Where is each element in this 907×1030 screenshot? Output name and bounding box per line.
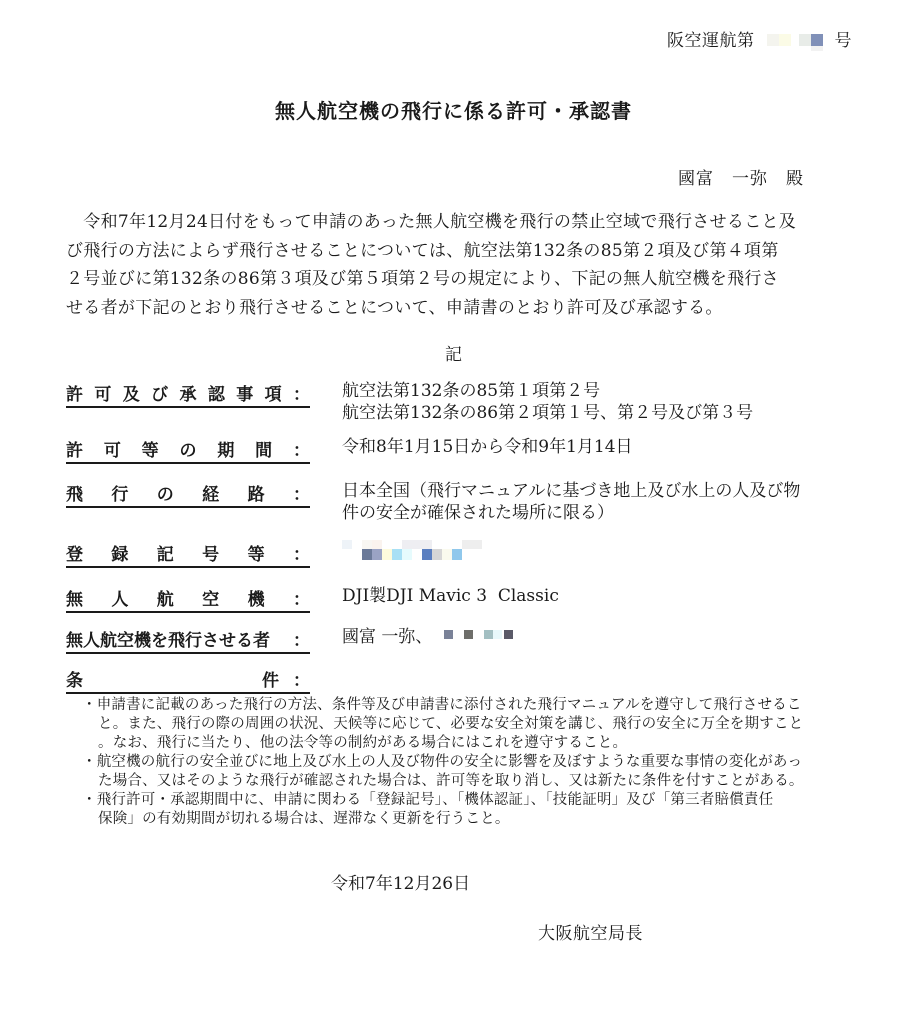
condition-line: ・飛行許可・承認期間中に、申請に関わる「登録記号」、「機体認証」、「技能証明」及… [82,791,804,810]
label-char: 期 [217,436,234,461]
label-registration: 登 録 記 号 等 ： [66,540,310,568]
label-char: 間 [255,436,272,461]
label-char: 記 [157,540,174,565]
label-char: 経 [202,480,219,505]
document-number-suffix: 号 [835,31,853,51]
issue-date: 令和7年12月26日 [331,869,470,894]
label-flight-route: 飛 行 の 経 路 ： [66,480,310,508]
label-char: 無 [66,585,83,610]
label-char: 許 [66,380,83,405]
label-conditions: 条 件 ： [66,666,310,694]
label-pilot: 無人航空機を飛行させる者 ： [66,626,310,654]
label-char: 等 [248,540,265,565]
label-char: ： [293,666,310,691]
value-line: 令和8年1月15日から令和9年1月14日 [342,436,633,458]
value-flight-route: 日本全国（飛行マニュアルに基づき地上及び水上の人及び物 件の安全が確保された場所… [342,480,800,524]
ki-heading: 記 [445,340,462,365]
label-char: 可 [104,436,121,461]
condition-line: 。なお、飛行に当たり、他の法令等の制約がある場合にはこれを遵守すること。 [82,734,804,753]
label-permitted-items: 許 可 及 び 承 認 事 項 ： [66,380,310,408]
value-line: DJI製DJI Mavic 3 Classic [342,585,559,607]
label-char: の [157,480,174,505]
body-line: せる者が下記のとおり飛行させることについて、申請書のとおり許可及び承認する。 [66,294,856,323]
value-aircraft: DJI製DJI Mavic 3 Classic [342,585,559,607]
label-char: 事 [236,380,253,405]
value-permitted-items: 航空法第132条の85第１項第２号 航空法第132条の86第２項第１号、第２号及… [342,380,753,424]
document-number: 阪空運航第 号 [667,26,852,52]
label-char: 及 [123,380,140,405]
label-char: 行 [111,480,128,505]
label-char: ： [293,480,310,505]
label-char: 航 [157,585,174,610]
label-char: 件 [262,666,279,691]
body-line: ２号並びに第132条の86第３項及び第５項第２号の規定により、下記の無人航空機を… [66,265,856,294]
value-line: 航空法第132条の86第２項第１号、第２号及び第３号 [342,402,753,424]
label-char: 承 [180,380,197,405]
addressee-honorific: 殿 [786,169,804,189]
label-char: ： [293,380,310,405]
label-char: 許 [66,436,83,461]
label-char: 項 [265,380,282,405]
label-aircraft: 無 人 航 空 機 ： [66,585,310,613]
label-char: 号 [202,540,219,565]
condition-line: と。また、飛行の際の周囲の状況、天候等に応じて、必要な安全対策を講じ、飛行の安全… [82,715,804,734]
value-line: 日本全国（飛行マニュアルに基づき地上及び水上の人及び物 [342,480,800,502]
condition-line: た場合、又はそのような飛行が確認された場合は、許可等を取り消し、又は新たに条件を… [82,772,804,791]
label-char: 録 [111,540,128,565]
addressee-surname: 國富 [678,169,714,189]
label-char: ： [293,540,310,565]
body-line: 令和7年12月24日付をもって申請のあった無人航空機を飛行の禁止空域で飛行させる… [66,208,856,237]
body-paragraph: 令和7年12月24日付をもって申請のあった無人航空機を飛行の禁止空域で飛行させる… [66,208,856,322]
label-char: 飛 [66,480,83,505]
label-permit-period: 許 可 等 の 期 間 ： [66,436,310,464]
label-char: 認 [208,380,225,405]
condition-line: 保険」の有効期間が切れる場合は、遅滞なく更新を行うこと。 [82,810,804,829]
value-line: 件の安全が確保された場所に限る） [342,502,800,524]
label-char: 登 [66,540,83,565]
document-number-prefix: 阪空運航第 [667,31,755,51]
label-char: ： [293,626,310,651]
issuer: 大阪航空局長 [538,919,643,944]
redacted-registration [342,538,492,562]
label-char: ： [293,585,310,610]
label-char: 人 [111,585,128,610]
label-char: び [151,380,168,405]
value-line: 航空法第132条の85第１項第２号 [342,380,753,402]
redacted-pilot-extra [438,624,523,648]
addressee-given-name: 一弥 [732,169,768,189]
pilot-name: 國富 一弥、 [342,627,432,647]
label-char: 路 [248,480,265,505]
conditions-list: ・申請書に記載のあった飛行の方法、条件等及び申請書に添付された飛行マニュアルを遵… [82,696,804,829]
label-char: 空 [202,585,219,610]
label-char: 無人航空機を飛行させる者 [66,626,270,651]
label-char: 可 [94,380,111,405]
document-title: 無人航空機の飛行に係る許可・承認書 [0,95,907,124]
value-pilot: 國富 一弥、 [342,626,432,648]
label-char: ： [293,436,310,461]
addressee: 國富一弥殿 [678,164,804,189]
condition-line: ・航空機の航行の安全並びに地上及び水上の人及び物件の安全に影響を及ぼすような重要… [82,753,804,772]
label-char: 機 [248,585,265,610]
condition-line: ・申請書に記載のあった飛行の方法、条件等及び申請書に添付された飛行マニュアルを遵… [82,696,804,715]
label-char: の [179,436,196,461]
body-line: び飛行の方法によらず飛行させることについては、航空法第132条の85第２項及び第… [66,237,856,266]
label-char: 等 [142,436,159,461]
value-permit-period: 令和8年1月15日から令和9年1月14日 [342,436,633,458]
redacted-number [759,32,831,52]
label-char: 条 [66,666,83,691]
